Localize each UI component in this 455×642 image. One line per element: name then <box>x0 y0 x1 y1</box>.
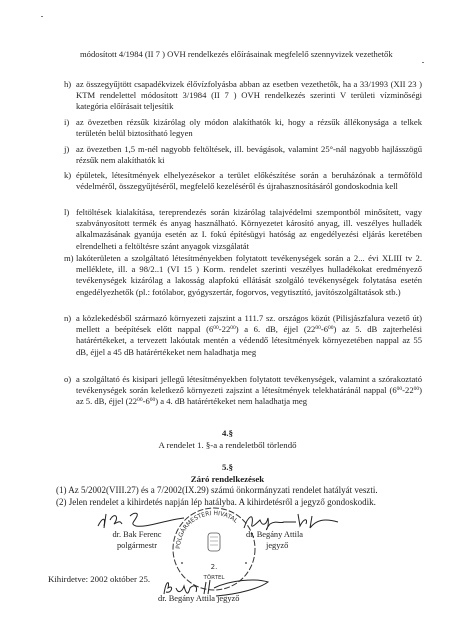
list-item-i: i) az övezetben rézsűk kizárólag oly mód… <box>64 117 422 139</box>
list-item-j: j) az övezetben 1,5 m-nél nagyobb feltöl… <box>64 144 422 166</box>
item-marker: h) <box>64 79 76 90</box>
list-item-l: l) feltöltések kialakítása, tereprendezé… <box>64 207 422 252</box>
item-marker: m) <box>64 253 76 264</box>
item-text: a szolgáltató és kisipari jellegű létesí… <box>76 374 422 408</box>
item-text: feltöltések kialakítása, tereprendezés s… <box>76 207 422 252</box>
list-item-m: m) lakóterületen a szolgáltató létesítmé… <box>64 253 422 298</box>
svg-text:POLGÁRMESTERI HIVATAL: POLGÁRMESTERI HIVATAL <box>175 510 240 549</box>
scan-speck <box>422 62 424 63</box>
document-page: módosított 4/1984 (II 7 ) OVH rendelkezé… <box>0 0 455 642</box>
section-5-heading: 5.§ <box>0 462 455 473</box>
mayor-title: polgármestr <box>92 541 182 552</box>
final-signature-name: dr. Begány Attila jegyző <box>158 594 278 605</box>
notary-name: dr. Begány Attila <box>246 530 326 541</box>
mayor-name: dr. Bak Ferenc <box>92 530 182 541</box>
list-item-n: n) a közlekedésből származó környezeti z… <box>64 313 422 358</box>
clause-1: (1) Az 5/2002(VIII.27) és a 7/2002(IX.29… <box>56 485 455 497</box>
list-item-k: k) épületek, létesítmények elhelyezéseko… <box>64 170 422 192</box>
section-4-heading: 4.§ <box>0 428 455 439</box>
item-marker: k) <box>64 170 76 181</box>
item-text: az övezetben rézsűk kizárólag oly módon … <box>76 117 422 139</box>
item-marker: n) <box>64 313 76 324</box>
continuation-text: módosított 4/1984 (II 7 ) OVH rendelkezé… <box>80 49 422 60</box>
item-text: a közlekedésből származó környezeti zajs… <box>76 313 422 358</box>
scan-speck <box>41 16 43 17</box>
notary-title: jegyző <box>266 541 306 552</box>
item-marker: i) <box>64 117 76 128</box>
item-marker: o) <box>64 374 76 385</box>
section-5-title: Záró rendelkezések <box>0 474 455 485</box>
item-text: az övezetben 1,5 m-nél nagyobb feltöltés… <box>76 144 422 166</box>
item-text: épületek, létesítmények elhelyezésekor a… <box>76 170 422 192</box>
list-item-o: o) a szolgáltató és kisipari jellegű lét… <box>64 374 422 408</box>
item-text: az összegyűjtött csapadékvizek élővízfol… <box>76 79 422 113</box>
section-4-text: A rendelet 1. §-a a rendeletből törlendő <box>0 440 455 451</box>
list-item-h: h) az összegyűjtött csapadékvizek élővíz… <box>64 79 422 113</box>
item-text: lakóterületen a szolgáltató létesítménye… <box>76 253 422 298</box>
item-marker: j) <box>64 144 76 155</box>
item-marker: l) <box>64 207 76 218</box>
svg-text:2.: 2. <box>211 563 218 571</box>
